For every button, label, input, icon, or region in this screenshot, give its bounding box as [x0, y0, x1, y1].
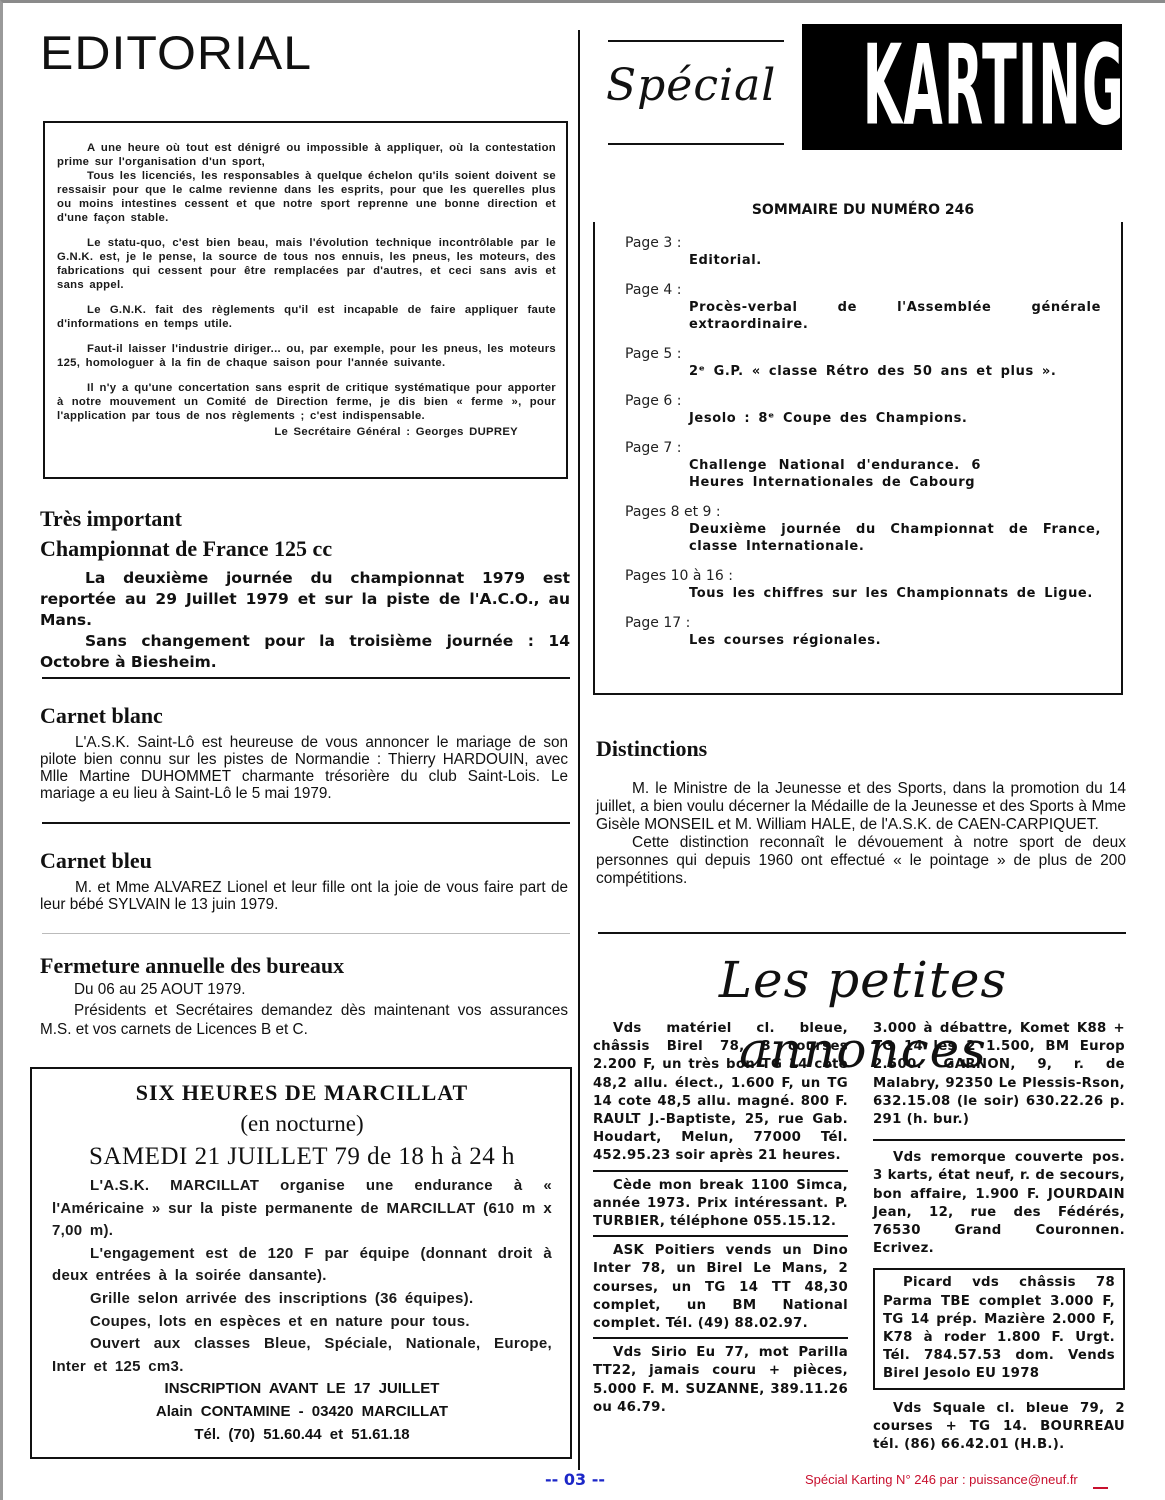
classified-ad-boxed: Picard vds châssis 78 Parma TBE complet … [873, 1268, 1125, 1389]
marcillat-paragraph: Ouvert aux classes Bleue, Spéciale, Nati… [52, 1333, 552, 1378]
ad-divider [593, 1170, 848, 1172]
sommaire-item[interactable]: Page 5 : 2ᵉ G.P. « classe Rétro des 50 a… [625, 346, 1101, 380]
marcillat-paragraph: Coupes, lots en espèces et en nature pou… [52, 1311, 552, 1334]
carnet-blanc-heading: Carnet blanc [40, 701, 568, 731]
marcillat-subtitle: (en nocturne) [52, 1109, 552, 1139]
editorial-paragraph: Faut-il laisser l'industrie diriger... o… [57, 342, 556, 370]
marcillat-phone: Tél. (70) 51.60.44 et 51.61.18 [52, 1424, 552, 1447]
editorial-paragraph: Tous les licenciés, les responsables à q… [57, 169, 556, 225]
sommaire-item[interactable]: Page 6 : Jesolo : 8ᵉ Coupe des Champions… [625, 393, 1101, 427]
footer-credit: Spécial Karting N° 246 par : puissance@n… [805, 1472, 1078, 1487]
classified-ad: Picard vds châssis 78 Parma TBE complet … [883, 1274, 1115, 1383]
fermeture-section: Fermeture annuelle des bureaux Du 06 au … [40, 952, 568, 1039]
classified-ad: Vds Squale cl. bleue 79, 2 courses + TG … [873, 1400, 1125, 1455]
sommaire-item[interactable]: Page 3 : Editorial. [625, 235, 1101, 269]
carnet-bleu-section: Carnet bleu M. et Mme ALVAREZ Lionel et … [40, 846, 568, 913]
marcillat-paragraph: L'A.S.K. MARCILLAT organise une enduranc… [52, 1175, 552, 1243]
carnet-blanc-section: Carnet blanc L'A.S.K. Saint-Lô est heure… [40, 701, 568, 802]
fermeture-text: Présidents et Secrétaires demandez dès m… [40, 1001, 568, 1039]
marcillat-event-box: SIX HEURES DE MARCILLAT (en nocturne) SA… [30, 1067, 572, 1459]
ad-divider [873, 1139, 1125, 1141]
marcillat-paragraph: L'engagement est de 120 F par équipe (do… [52, 1243, 552, 1288]
karting-logo: KARTING [802, 24, 1122, 150]
distinctions-heading: Distinctions [596, 734, 1126, 764]
page-number: -- 03 -- [545, 1470, 605, 1489]
distinctions-paragraph: M. le Ministre de la Jeunesse et des Spo… [596, 780, 1126, 834]
section-divider [42, 933, 570, 934]
carnet-bleu-text: M. et Mme ALVAREZ Lionel et leur fille o… [40, 879, 568, 913]
ad-divider [593, 1337, 848, 1339]
marcillat-deadline: INSCRIPTION AVANT LE 17 JUILLET [52, 1378, 552, 1401]
tres-important-paragraph: Sans changement pour la troisième journé… [40, 631, 570, 673]
section-divider [598, 932, 1126, 934]
tres-important-section: Très important Championnat de France 125… [40, 504, 570, 673]
fermeture-heading: Fermeture annuelle des bureaux [40, 952, 568, 980]
special-wordmark: Spécial [606, 60, 776, 111]
special-logo: Spécial [598, 35, 794, 147]
marcillat-title: SIX HEURES DE MARCILLAT [52, 1077, 552, 1109]
section-divider [42, 677, 570, 679]
classified-ad: Vds Sirio Eu 77, mot Parilla TT22, jamai… [593, 1344, 848, 1417]
ad-divider [593, 1235, 848, 1237]
championnat-heading: Championnat de France 125 cc [40, 534, 570, 564]
editorial-box: A une heure où tout est dénigré ou impos… [43, 121, 568, 479]
sommaire-item[interactable]: Page 4 : Procès-verbal de l'Assemblée gé… [625, 282, 1101, 333]
annonces-left-column: Vds matériel cl. bleue, châssis Birel 78… [593, 1020, 848, 1417]
carnet-blanc-text: L'A.S.K. Saint-Lô est heureuse de vous a… [40, 734, 568, 802]
marcillat-contact: Alain CONTAMINE - 03420 MARCILLAT [52, 1401, 552, 1424]
karting-wordmark: KARTING [863, 24, 1061, 150]
sommaire-title: SOMMAIRE DU NUMÉRO 246 [598, 202, 1128, 218]
column-divider [578, 30, 580, 1470]
editorial-paragraph: A une heure où tout est dénigré ou impos… [57, 141, 556, 169]
section-divider [42, 822, 570, 824]
classified-ad: 3.000 à débattre, Komet K88 + TG 14 les … [873, 1020, 1125, 1129]
distinctions-paragraph: Cette distinction reconnaît le dévouemen… [596, 834, 1126, 888]
distinctions-section: Distinctions M. le Ministre de la Jeunes… [596, 734, 1126, 888]
sommaire-item[interactable]: Pages 10 à 16 : Tous les chiffres sur le… [625, 568, 1101, 602]
editorial-paragraph: Il n'y a qu'une concertation sans esprit… [57, 381, 556, 423]
classified-ad: Cède mon break 1100 Simca, année 1973. P… [593, 1177, 848, 1232]
tres-important-heading: Très important [40, 504, 570, 534]
sommaire-item[interactable]: Page 7 : Challenge National d'endurance.… [625, 440, 1101, 491]
classified-ad: Vds matériel cl. bleue, châssis Birel 78… [593, 1020, 848, 1166]
marcillat-paragraph: Grille selon arrivée des inscriptions (3… [52, 1288, 552, 1311]
sommaire-item[interactable]: Pages 8 et 9 : Deuxième journée du Champ… [625, 504, 1101, 555]
tres-important-paragraph: La deuxième journée du championnat 1979 … [40, 568, 570, 631]
editorial-paragraph: Le G.N.K. fait des règlements qu'il est … [57, 303, 556, 331]
classified-ad: Vds remorque couverte pos. 3 karts, état… [873, 1149, 1125, 1258]
editorial-signature: Le Secrétaire Général : Georges DUPREY [57, 425, 556, 439]
footer-underline [1093, 1487, 1108, 1489]
editorial-paragraph: Le statu-quo, c'est bien beau, mais l'év… [57, 236, 556, 292]
sommaire-item[interactable]: Page 17 : Les courses régionales. [625, 615, 1101, 649]
carnet-bleu-heading: Carnet bleu [40, 846, 568, 876]
sommaire-box: Page 3 : Editorial. Page 4 : Procès-verb… [593, 222, 1123, 695]
marcillat-date: SAMEDI 21 JUILLET 79 de 18 h à 24 h [52, 1139, 552, 1175]
annonces-right-column: 3.000 à débattre, Komet K88 + TG 14 les … [873, 1020, 1125, 1454]
editorial-title: EDITORIAL [40, 29, 312, 77]
fermeture-dates: Du 06 au 25 AOUT 1979. [40, 980, 568, 1000]
classified-ad: ASK Poitiers vends un Dino Inter 78, un … [593, 1242, 848, 1333]
